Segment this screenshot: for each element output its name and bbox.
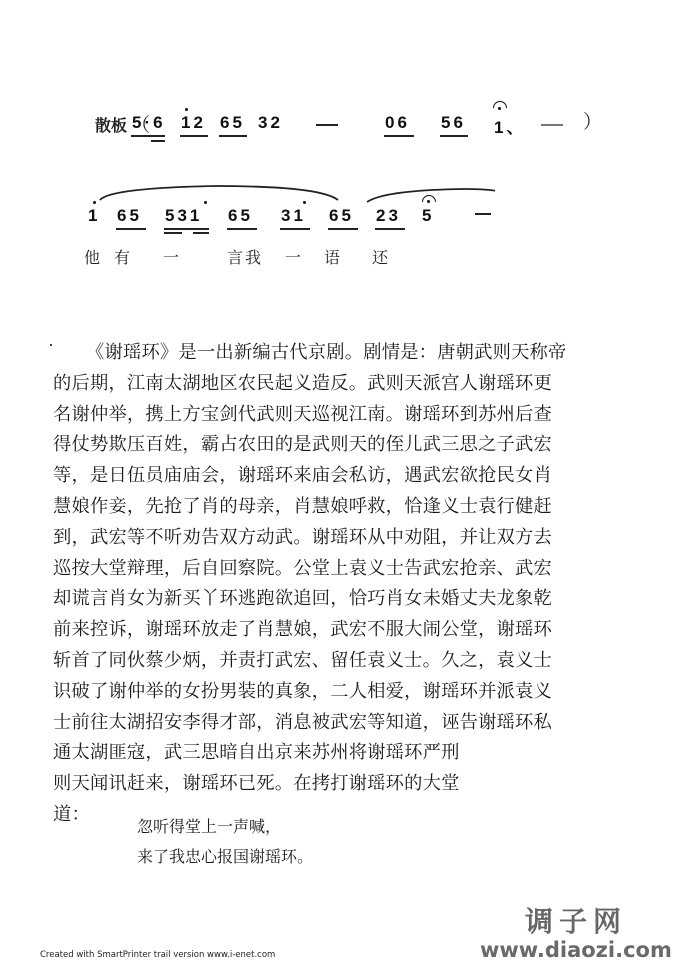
paragraph-line: 得仗势欺压百姓，霸占农田的是武则天的侄儿武三思之子武宏 (53, 430, 638, 461)
high-octave-dot (303, 201, 306, 204)
underline (193, 232, 209, 234)
note-group: 06 (385, 113, 410, 133)
note-group: 65 (228, 206, 253, 226)
synopsis-paragraph: 《谢瑶环》是一出新编古代京剧。剧情是：唐朝武则天称帝 的后期，江南太湖地区农民起… (53, 338, 638, 831)
high-octave-dot (498, 107, 501, 110)
paragraph-line: 则天闻讯赶来，谢瑶环已死。在拷打谢瑶环的大堂 (53, 769, 638, 800)
lyric-char: 语 (324, 245, 340, 268)
paragraph-line: 士前往太湖招安李得才部，消息被武宏等知道，诬告谢瑶环私 (53, 708, 638, 739)
paragraph-line: 到，武宏等不听劝告双方动武。谢瑶环从中劝阻，并让双方去 (53, 523, 638, 554)
note-group: 23 (376, 206, 401, 226)
lyric-char: 有 (114, 245, 130, 268)
underline (180, 135, 208, 137)
lyric-char: 还 (372, 245, 388, 268)
underline (280, 228, 310, 230)
underline (227, 228, 257, 230)
fermata-dot (427, 200, 430, 203)
underline (151, 140, 165, 142)
underline (131, 135, 165, 137)
slur-marks (95, 178, 495, 208)
note-group: 31 (281, 206, 306, 226)
paragraph-line: 等，是日伍员庙庙会，谢瑶环来庙会私访，遇武宏欲抢民女肖 (53, 461, 638, 492)
paragraph-line: 慧娘作妾，先抢了肖的母亲，肖慧娘呼救，恰逢义士袁行健赶 (53, 492, 638, 523)
note-group: 65 (220, 113, 245, 133)
note-group: 65 (117, 206, 142, 226)
verse-line: 来了我忠心报国谢瑶环。 (137, 842, 313, 872)
paragraph-line: 《谢瑶环》是一出新编古代京剧。剧情是：唐朝武则天称帝 (53, 338, 638, 369)
lyric-char: 言 (227, 245, 243, 268)
note-group: 5 (422, 206, 434, 226)
underline (440, 135, 468, 137)
paragraph-line: 识破了谢仲举的女扮男装的真象，二人相爱，谢瑶环并派袁义 (53, 677, 638, 708)
underline (164, 228, 209, 230)
high-octave-dot (204, 201, 207, 204)
verse-block: 忽听得堂上一声喊， 来了我忠心报国谢瑶环。 (137, 812, 313, 872)
note-group: 12 (181, 113, 206, 133)
lyric-char: 一 (285, 245, 301, 268)
note-group: 531 (165, 206, 202, 226)
underline (384, 135, 414, 137)
note-group: 56 (441, 113, 466, 133)
note-group: 1 (88, 206, 100, 226)
note-group: 32 (258, 113, 283, 133)
sustain-dash (541, 124, 563, 126)
sustain-dash (316, 124, 338, 126)
high-octave-dot (93, 201, 96, 204)
footer-credit: Created with SmartPrinter trail version … (40, 950, 275, 960)
paragraph-line: 斩首了同伙蔡少炳，并责打武宏、留任袁义士。久之，袁义士 (53, 646, 638, 677)
scan-speck (50, 344, 52, 346)
paragraph-line: 却谎言肖女为新买丫环逃跑欲追回，恰巧肖女未婚丈夫龙象乾 (53, 584, 638, 615)
verse-line: 忽听得堂上一声喊， (137, 812, 313, 842)
underline (164, 232, 182, 234)
watermark-site-name: 调子网 (525, 900, 627, 940)
paragraph-line: 前来控诉，谢瑶环放走了肖慧娘，武宏不服大闹公堂，谢瑶环 (53, 615, 638, 646)
lyric-char: 他 (84, 245, 100, 268)
sustain-dash (475, 213, 491, 215)
underline (375, 228, 405, 230)
underline (328, 228, 358, 230)
underline (219, 135, 247, 137)
lyric-char: 我 (245, 245, 261, 268)
paragraph-line: 通太湖匪寇，武三思暗自出京来苏州将谢瑶环严刑 (53, 738, 638, 769)
paragraph-line: 名谢仲举，携上方宝剑代武则天巡视江南。谢瑶环到苏州后查 (53, 400, 638, 431)
paragraph-line: 巡按大堂辩理，后自回察院。公堂上袁义士告武宏抢亲、武宏 (53, 554, 638, 585)
note-group: 1、 (494, 113, 526, 138)
high-octave-dot (185, 108, 188, 111)
note-group: 5·6 (132, 113, 166, 133)
underline (116, 228, 146, 230)
close-paren: ） (583, 107, 602, 134)
note-group: 65 (329, 206, 354, 226)
tempo-label: 散板 (95, 113, 127, 136)
paragraph-line: 的后期，江南太湖地区农民起义造反。武则天派宫人谢瑶环更 (53, 369, 638, 400)
lyric-char: 一 (163, 245, 179, 268)
watermark-site-url: www.diaozi.com (480, 938, 672, 962)
